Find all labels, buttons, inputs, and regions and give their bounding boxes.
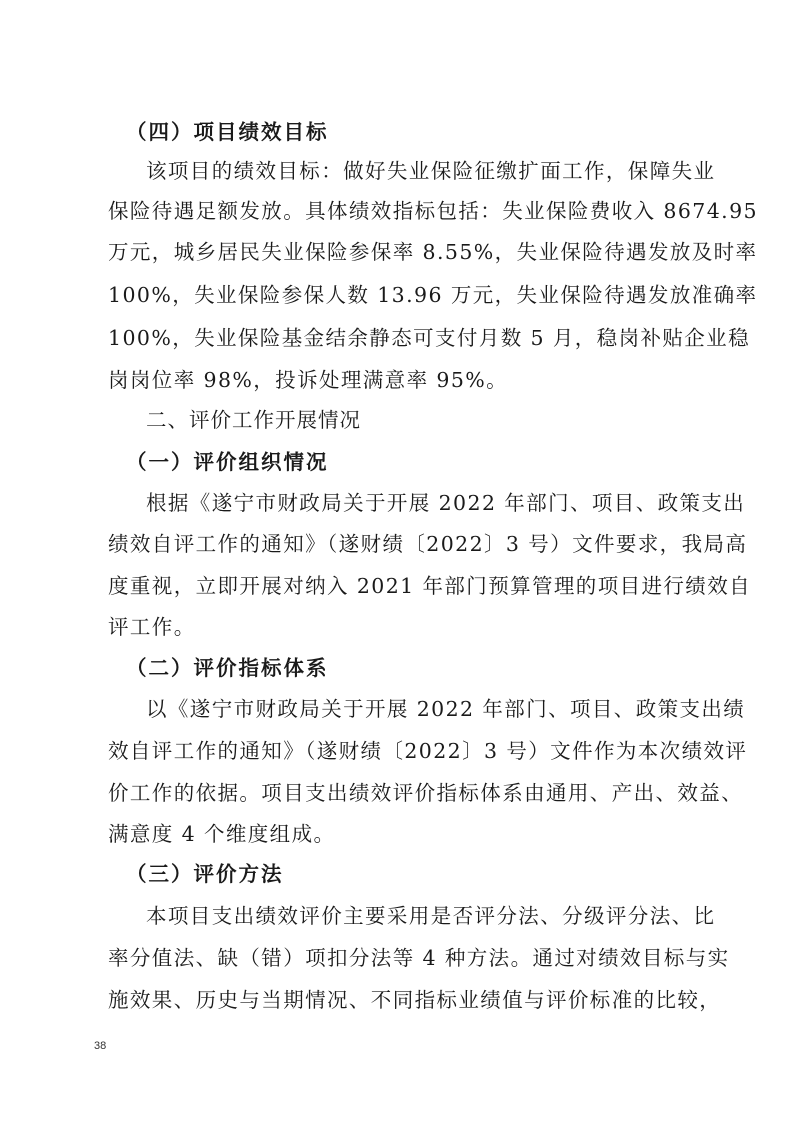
paragraph-line: 评工作。 [108,613,698,641]
paragraph-line: 万元，城乡居民失业保险参保率 8.55%，失业保险待遇发放及时率 [108,238,698,266]
paragraph-line: 本项目支出绩效评价主要采用是否评分法、分级评分法、比 [146,902,698,930]
paragraph-line: 100%，失业保险参保人数 13.96 万元，失业保险待遇发放准确率 [108,281,698,309]
section-heading-indicator-system: （二）评价指标体系 [126,654,716,682]
section-heading-performance-goals: （四）项目绩效目标 [126,118,716,146]
paragraph-line: 率分值法、缺（错）项扣分法等 4 种方法。通过对绩效目标与实 [108,944,698,972]
document-page: （四）项目绩效目标 该项目的绩效目标：做好失业保险征缴扩面工作，保障失业 保险待… [0,0,793,1122]
paragraph-line: 绩效自评工作的通知》（遂财绩〔2022〕3 号）文件要求，我局高 [108,530,698,558]
paragraph-line: 100%，失业保险基金结余静态可支付月数 5 月，稳岗补贴企业稳 [108,324,698,352]
paragraph-line: 以《遂宁市财政局关于开展 2022 年部门、项目、政策支出绩 [146,695,698,723]
paragraph-line: 保险待遇足额发放。具体绩效指标包括：失业保险费收入 8674.95 [108,197,698,225]
paragraph-line: 满意度 4 个维度组成。 [108,820,698,848]
paragraph-line: 价工作的依据。项目支出绩效评价指标体系由通用、产出、效益、 [108,779,698,807]
chapter-heading-evaluation: 二、评价工作开展情况 [146,406,736,434]
paragraph-line: 效自评工作的通知》（遂财绩〔2022〕3 号）文件作为本次绩效评 [108,737,698,765]
paragraph-line: 施效果、历史与当期情况、不同指标业绩值与评价标准的比较， [108,986,698,1014]
section-heading-evaluation-methods: （三）评价方法 [126,860,716,888]
section-heading-evaluation-organization: （一）评价组织情况 [126,448,716,476]
paragraph-line: 根据《遂宁市财政局关于开展 2022 年部门、项目、政策支出 [146,489,698,517]
paragraph-line: 岗岗位率 98%，投诉处理满意率 95%。 [108,366,698,394]
page-number: 38 [94,1040,106,1052]
paragraph-line: 该项目的绩效目标：做好失业保险征缴扩面工作，保障失业 [146,157,698,185]
paragraph-line: 度重视，立即开展对纳入 2021 年部门预算管理的项目进行绩效自 [108,572,698,600]
